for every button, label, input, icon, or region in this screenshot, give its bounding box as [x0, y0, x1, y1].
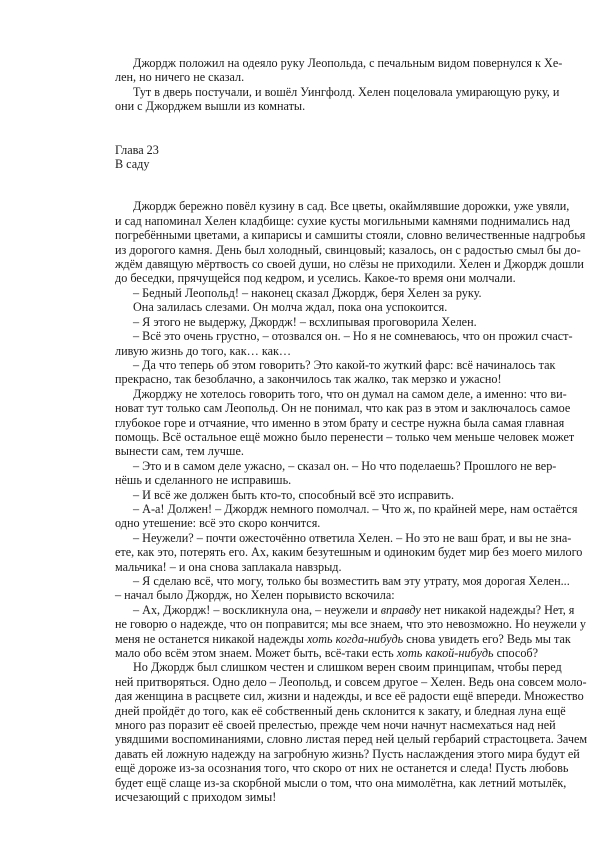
text-line: дней пройдёт до того, как её собственный…	[115, 704, 547, 718]
text-line: исчезающий с приходом зимы!	[115, 790, 547, 804]
text-line: дая женщина в расцвете сил, жизни и наде…	[115, 689, 547, 703]
text-line: будет ещё слаще из-за скорбной мысли о т…	[115, 776, 547, 790]
text-line: вынести сам, тем лучше.	[115, 444, 547, 458]
emphasized-text: хоть когда-нибудь	[307, 632, 403, 646]
text-line: Тут в дверь постучали, и вошёл Уингфолд.…	[115, 85, 547, 99]
text-line: Джордж положил на одеяло руку Леопольда,…	[115, 56, 547, 70]
section-gap	[115, 171, 547, 199]
text-line: прекрасно, так безоблачно, а закончилось…	[115, 372, 547, 386]
text-segment: – Ах, Джордж! – воскликнула она, – неуже…	[133, 603, 381, 617]
text-line: новат тут только сам Леопольд. Он не пон…	[115, 401, 547, 415]
text-segment: нет никакой надежды? Нет, я	[421, 603, 575, 617]
text-line: они с Джорджем вышли из комнаты.	[115, 99, 547, 113]
text-line: – Я этого не выдержу, Джордж! – всхлипыв…	[115, 315, 547, 329]
text-line: мало обо всём этом знаем. Может быть, вс…	[115, 646, 547, 660]
text-line: – Неужели? – почти ожесточённо ответила …	[115, 531, 547, 545]
text-line: ете, как это, потерять его. Ах, каким бе…	[115, 545, 547, 559]
text-line: помощь. Всё остальное ещё можно было пер…	[115, 430, 547, 444]
chapter-body: Джордж бережно повёл кузину в сад. Все ц…	[115, 199, 547, 804]
text-line: много раз поразит её своей прелестью, пр…	[115, 718, 547, 732]
text-line: – А-а! Должен! – Джордж немного помолчал…	[115, 502, 547, 516]
text-line: – Всё это очень грустно, – отозвался он.…	[115, 329, 547, 343]
text-line: глубокое горе и отчаяние, что именно в э…	[115, 416, 547, 430]
text-line: из дорогого камня. День был холодный, св…	[115, 243, 547, 257]
text-line: меня не останется никакой надежды хоть к…	[115, 632, 547, 646]
text-line: Джорджу не хотелось говорить того, что о…	[115, 387, 547, 401]
text-line: – Ах, Джордж! – воскликнула она, – неуже…	[115, 603, 547, 617]
text-line: ещё дороже из-за осознания того, что ско…	[115, 761, 547, 775]
text-line: Но Джордж был слишком честен и слишком в…	[115, 660, 547, 674]
text-line: давать ей ложную надежду на загробную жи…	[115, 747, 547, 761]
chapter-number: Глава 23	[115, 143, 547, 157]
text-line: – Это и в самом деле ужасно, – сказал он…	[115, 459, 547, 473]
text-line: – Бедный Леопольд! – наконец сказал Джор…	[115, 286, 547, 300]
text-segment: мало обо всём этом знаем. Может быть, вс…	[115, 646, 397, 660]
text-line: Она залилась слезами. Он молча ждал, пок…	[115, 300, 547, 314]
paragraph: Тут в дверь постучали, и вошёл Уингфолд.…	[115, 85, 547, 114]
emphasized-text: хоть какой-нибудь	[397, 646, 494, 660]
text-line: увядшими воспоминаниями, словно листая п…	[115, 732, 547, 746]
emphasized-text: вправду	[381, 603, 421, 617]
paragraph: Джордж положил на одеяло руку Леопольда,…	[115, 56, 547, 85]
text-line: лен, но ничего не сказал.	[115, 70, 547, 84]
text-line: ней притворяться. Одно дело – Леопольд, …	[115, 675, 547, 689]
text-line: Джордж бережно повёл кузину в сад. Все ц…	[115, 199, 547, 213]
document-page: Джордж положил на одеяло руку Леопольда,…	[115, 56, 547, 805]
chapter-title: В саду	[115, 157, 547, 171]
text-line: ливую жизнь до того, как… как…	[115, 344, 547, 358]
section-gap	[115, 114, 547, 143]
text-line: не говорю о надежде, что он поправится; …	[115, 617, 547, 631]
text-line: – И всё же должен быть кто-то, способный…	[115, 488, 547, 502]
text-segment: меня не останется никакой надежды	[115, 632, 307, 646]
text-segment: снова увидеть его? Ведь мы так	[403, 632, 571, 646]
text-line: до беседки, прячущейся под кедром, и усе…	[115, 271, 547, 285]
opening-section: Джордж положил на одеяло руку Леопольда,…	[115, 56, 547, 114]
text-line: одно утешение: всё это скоро кончится.	[115, 516, 547, 530]
text-line: нёшь и сделанного не исправишь.	[115, 473, 547, 487]
chapter-heading: Глава 23 В саду	[115, 143, 547, 172]
text-line: ждём давящую мёртвость со своей души, но…	[115, 257, 547, 271]
text-line: – Я сделаю всё, что могу, только бы возм…	[115, 574, 547, 588]
text-line: погребёнными цветами, а кипарисы и самши…	[115, 228, 547, 242]
text-line: – начал было Джордж, но Хелен порывисто …	[115, 588, 547, 602]
text-line: – Да что теперь об этом говорить? Это ка…	[115, 358, 547, 372]
text-segment: способ?	[494, 646, 539, 660]
text-line: и сад напоминал Хелен кладбище: сухие ку…	[115, 214, 547, 228]
text-line: мальчика! – и она снова заплакала навзры…	[115, 560, 547, 574]
